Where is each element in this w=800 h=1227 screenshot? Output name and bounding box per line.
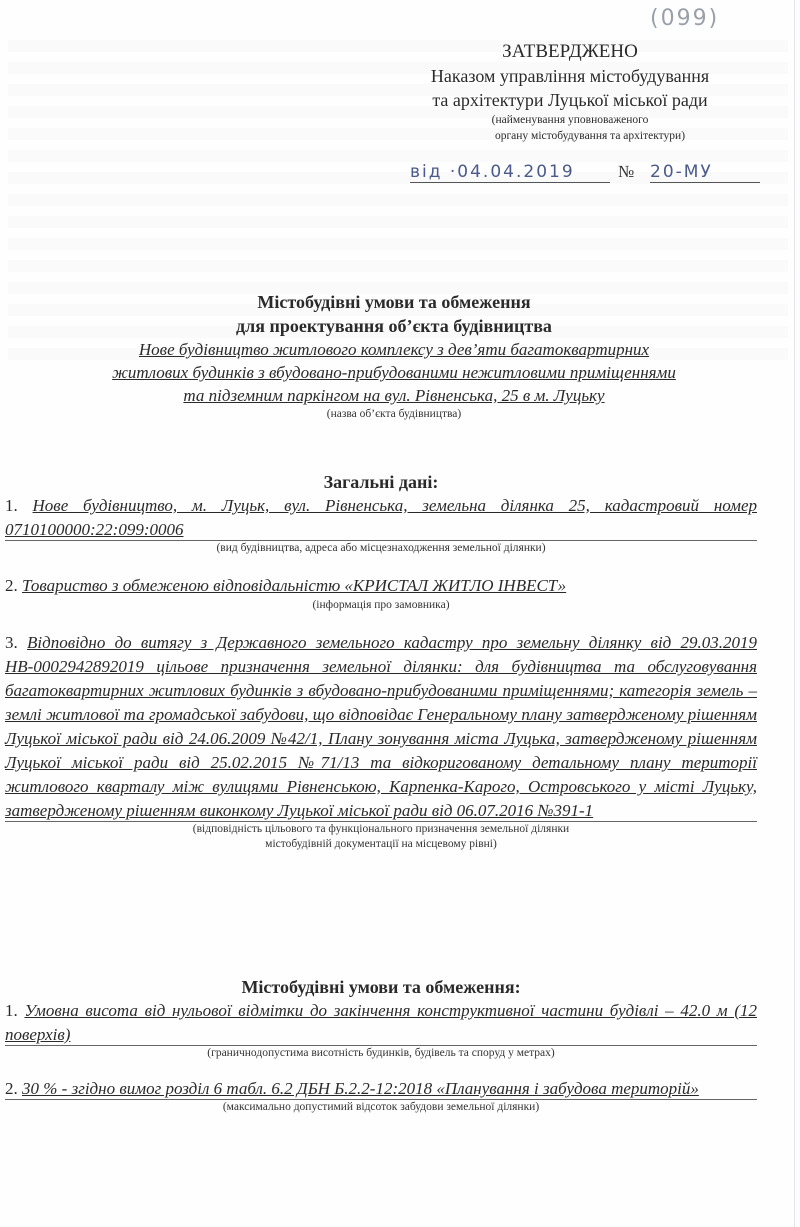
document-title-1: Містобудівні умови та обмеження [30, 290, 758, 314]
general-item-1: 1. Нове будівництво, м. Луцьк, вул. Рівн… [5, 494, 757, 542]
document-title-block: Містобудівні умови та обмеження для прое… [30, 290, 758, 422]
item-number: 3. [5, 633, 18, 652]
document-title-2: для проектування об’єкта будівництва [30, 314, 758, 338]
item-caption: (вид будівництва, адреса або місцезнаход… [5, 541, 757, 556]
number-sign: № [618, 162, 634, 182]
approval-line-2: та архітектури Луцької міської ради [370, 88, 770, 112]
item-number: 2. [5, 1079, 18, 1098]
item-number: 1. [5, 496, 18, 515]
item-text: 30 % - згідно вимог розділ 6 табл. 6.2 Д… [22, 1079, 699, 1098]
item-caption: (максимально допустимий відсоток забудов… [5, 1100, 757, 1115]
item-number: 2. [5, 576, 18, 595]
object-name-line-2: житлових будинків з вбудовано-прибудован… [30, 361, 758, 384]
item-text: Товариство з обмеженою відповідальністю … [22, 576, 566, 595]
object-caption: (назва об’єкта будівництва) [30, 407, 758, 422]
item-caption: (граничнодопустима висотність будинків, … [5, 1046, 757, 1061]
handwritten-date: від ·04.04.2019 [410, 162, 610, 183]
conditions-section: Містобудівні умови та обмеження: 1. Умов… [5, 975, 757, 1115]
item-caption-1: (відповідність цільового та функціональн… [5, 822, 757, 837]
scanned-page: (099) ЗАТВЕРДЖЕНО Наказом управління міс… [0, 0, 795, 1227]
approval-block: ЗАТВЕРДЖЕНО Наказом управління містобуду… [370, 40, 770, 144]
approval-signature-line: від ·04.04.2019 № 20-МУ [380, 160, 780, 190]
condition-item-2: 2. 30 % - згідно вимог розділ 6 табл. 6.… [5, 1077, 757, 1101]
item-number: 1. [5, 1001, 18, 1020]
item-text: Відповідно до витягу з Державного земель… [5, 633, 757, 820]
handwritten-number: (099) [650, 6, 719, 31]
approval-line-1: Наказом управління містобудування [370, 64, 770, 88]
general-item-3: 3. Відповідно до витягу з Державного зем… [5, 631, 757, 823]
handwritten-order-number: 20-МУ [650, 162, 760, 183]
approval-caption-2: органу містобудування та архітектури) [370, 128, 770, 144]
object-name-line-1: Нове будівництво житлового комплексу з д… [30, 338, 758, 361]
conditions-heading: Містобудівні умови та обмеження: [5, 975, 757, 999]
item-caption: (інформація про замовника) [5, 598, 757, 613]
general-data-section: Загальні дані: 1. Нове будівництво, м. Л… [5, 470, 757, 852]
general-heading: Загальні дані: [5, 470, 757, 494]
approval-caption-1: (найменування уповноваженого [370, 112, 770, 128]
item-text: Умовна висота від нульової відмітки до з… [5, 1001, 757, 1044]
general-item-2: 2. Товариство з обмеженою відповідальніс… [5, 574, 757, 598]
item-caption-2: містобудівній документації на місцевому … [5, 837, 757, 852]
condition-item-1: 1. Умовна висота від нульової відмітки д… [5, 999, 757, 1047]
approval-title: ЗАТВЕРДЖЕНО [370, 40, 770, 64]
item-text: Нове будівництво, м. Луцьк, вул. Рівненс… [5, 496, 757, 539]
object-name-line-3: та підземним паркінгом на вул. Рівненськ… [30, 384, 758, 407]
